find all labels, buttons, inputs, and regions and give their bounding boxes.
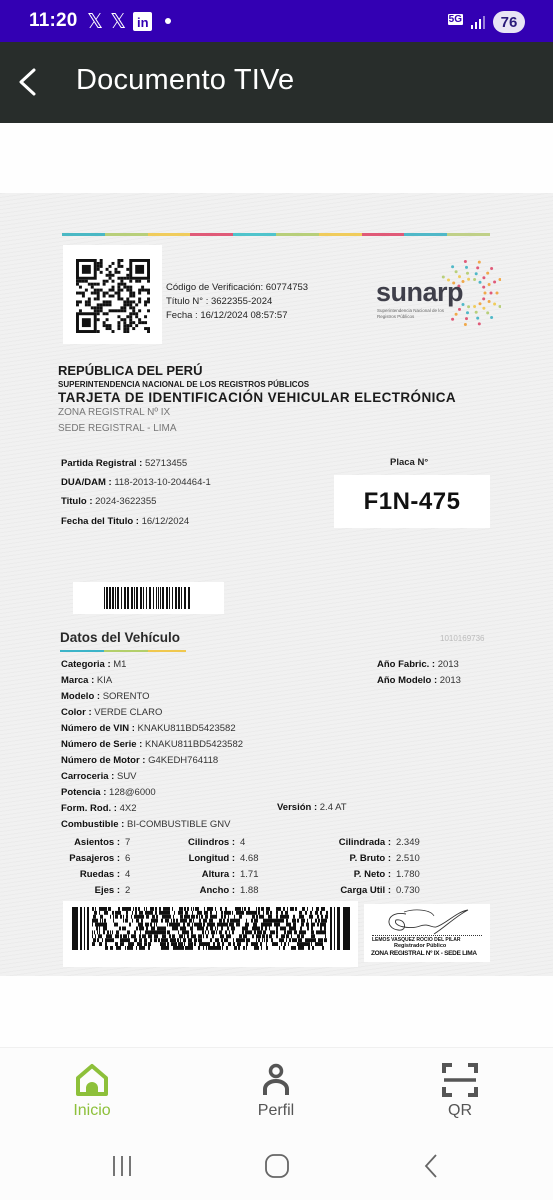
vehicle-field: Número de Serie : KNAKU811BD5423582 [61, 739, 243, 750]
spec-label: Altura : [202, 869, 235, 880]
qr-code [63, 245, 162, 344]
signal-icon [471, 15, 485, 29]
spec-value: 4 [125, 869, 130, 880]
pdf417-barcode [63, 901, 358, 967]
tive-document: Código de Verificación: 60774753 Título … [0, 193, 553, 976]
back-button[interactable] [12, 64, 46, 100]
spec-label: Cilindrada : [339, 837, 391, 848]
nav-label-perfil: Perfil [258, 1102, 294, 1120]
dua-field: DUA/DAM : 118-2013-10-204464-1 [61, 477, 211, 488]
spec-value: 1.71 [240, 869, 259, 880]
title-number: Título N° : 3622355-2024 [166, 295, 308, 309]
vehicle-field: Marca : KIA [61, 675, 112, 686]
signature-line [372, 935, 482, 936]
fecha-titulo-field: Fecha del Titulo : 16/12/2024 [61, 516, 189, 527]
superintendencia-heading: SUPERINTENDENCIA NACIONAL DE LOS REGISTR… [58, 380, 309, 389]
nav-item-qr[interactable]: QR [415, 1062, 505, 1120]
chevron-left-icon [12, 64, 46, 100]
system-back-button[interactable] [412, 1152, 452, 1180]
registrar-zone: ZONA REGISTRAL Nº IX - SEDE LIMA [371, 950, 477, 957]
spec-value: 6 [125, 853, 130, 864]
anio-modelo-field: Año Modelo : 2013 [377, 675, 461, 686]
signature-icon [376, 906, 476, 936]
vehicle-field: Carroceria : SUV [61, 771, 137, 782]
battery-indicator: 76 [493, 11, 525, 33]
partida-field: Partida Registral : 52713455 [61, 458, 187, 469]
vehicle-field: Número de Motor : G4KEDH764118 [61, 755, 218, 766]
x-icon: 𝕏 [87, 11, 103, 31]
issue-date: Fecha : 16/12/2024 08:57:57 [166, 309, 308, 323]
barcode [73, 582, 224, 614]
dot-icon [165, 18, 171, 24]
titulo-field: Titulo : 2024-3622355 [61, 496, 156, 507]
spec-label: Ejes : [95, 885, 120, 896]
status-time: 11:20 [29, 10, 78, 32]
spec-value: 0.730 [396, 885, 420, 896]
content-area[interactable]: Código de Verificación: 60774753 Título … [0, 123, 553, 1047]
spec-label: Longitud : [189, 853, 235, 864]
recents-icon [102, 1152, 142, 1180]
pdf417-barcode-icon [72, 907, 350, 950]
status-bar: 11:20 𝕏 𝕏 in 5G 76 [0, 0, 553, 42]
qr-scan-icon [441, 1062, 479, 1098]
spec-value: 2.510 [396, 853, 420, 864]
nav-label-inicio: Inicio [73, 1102, 110, 1120]
x-icon: 𝕏 [110, 11, 126, 31]
placa-label: Placa N° [390, 457, 428, 468]
vehicle-field: Combustible : BI-COMBUSTIBLE GNV [61, 819, 230, 830]
spec-label: Pasajeros : [69, 853, 120, 864]
recents-button[interactable] [102, 1152, 142, 1180]
spec-label: P. Bruto : [349, 853, 391, 864]
vehicle-field: Color : VERDE CLARO [61, 707, 162, 718]
color-stripe [62, 233, 490, 236]
spec-label: Cilindros : [188, 837, 235, 848]
spec-label: P. Neto : [354, 869, 391, 880]
spec-label: Carga Util : [340, 885, 391, 896]
vehicle-field: Modelo : SORENTO [61, 691, 150, 702]
barcode-icon [104, 587, 193, 609]
linkedin-icon: in [133, 12, 152, 31]
spec-value: 1.780 [396, 869, 420, 880]
spec-value: 2.349 [396, 837, 420, 848]
sunarp-wordmark: sunarp [376, 277, 463, 308]
vehicle-field: Número de VIN : KNAKU811BD5423582 [61, 723, 236, 734]
vehicle-field: Categoria : M1 [61, 659, 126, 670]
registrar-role: Registrador Público [394, 943, 446, 949]
vehicle-field: Potencia : 128@6000 [61, 787, 156, 798]
spec-label: Ancho : [200, 885, 235, 896]
sunarp-logo: sunarp Superintendencia Nacional de los … [376, 253, 501, 333]
sede-registral: SEDE REGISTRAL - LIMA [58, 423, 177, 434]
person-icon [257, 1062, 295, 1098]
republica-heading: REPÚBLICA DEL PERÚ [58, 363, 202, 378]
verification-code: Código de Verificación: 60774753 [166, 281, 308, 295]
spec-label: Asientos : [74, 837, 120, 848]
spec-value: 7 [125, 837, 130, 848]
spec-value: 4.68 [240, 853, 259, 864]
bottom-navigation: Inicio Perfil QR [0, 1047, 553, 1137]
status-right: 5G 76 [448, 11, 525, 33]
datos-vehiculo-heading: Datos del Vehículo [60, 630, 180, 645]
document-serial: 1010169736 [440, 634, 485, 643]
nav-item-perfil[interactable]: Perfil [231, 1062, 321, 1120]
nav-item-inicio[interactable]: Inicio [47, 1062, 137, 1120]
verification-info: Código de Verificación: 60774753 Título … [166, 281, 308, 323]
back-icon [412, 1152, 452, 1180]
registrar-signature: LEMOS VASQUEZ ROCIO DEL PILAR Registrado… [364, 904, 490, 962]
page-title: Documento TIVe [76, 64, 294, 97]
heading-underline [60, 650, 186, 652]
home-circle-icon [257, 1152, 297, 1180]
spec-value: 2 [125, 885, 130, 896]
spec-label: Ruedas : [80, 869, 120, 880]
tarjeta-heading: TARJETA DE IDENTIFICACIÓN VEHICULAR ELEC… [58, 390, 456, 405]
spec-value: 1.88 [240, 885, 259, 896]
nav-label-qr: QR [448, 1102, 472, 1120]
sunarp-subtitle: Superintendencia Nacional de los Registr… [377, 308, 457, 320]
home-icon [73, 1062, 111, 1098]
network-5g-icon: 5G [448, 14, 463, 25]
placa-value: F1N-475 [334, 475, 490, 528]
system-navigation-bar [0, 1137, 553, 1200]
spec-value: 4 [240, 837, 245, 848]
notification-icons: 𝕏 𝕏 in [87, 11, 171, 31]
zona-registral: ZONA REGISTRAL Nº IX [58, 407, 170, 418]
vehicle-field: Form. Rod. : 4X2 [61, 803, 137, 814]
app-bar: Documento TIVe [0, 42, 553, 123]
anio-fabric-field: Año Fabric. : 2013 [377, 659, 459, 670]
qr-code-icon [76, 259, 150, 333]
home-button[interactable] [257, 1152, 297, 1180]
version-field: Versión : 2.4 AT [277, 802, 347, 813]
